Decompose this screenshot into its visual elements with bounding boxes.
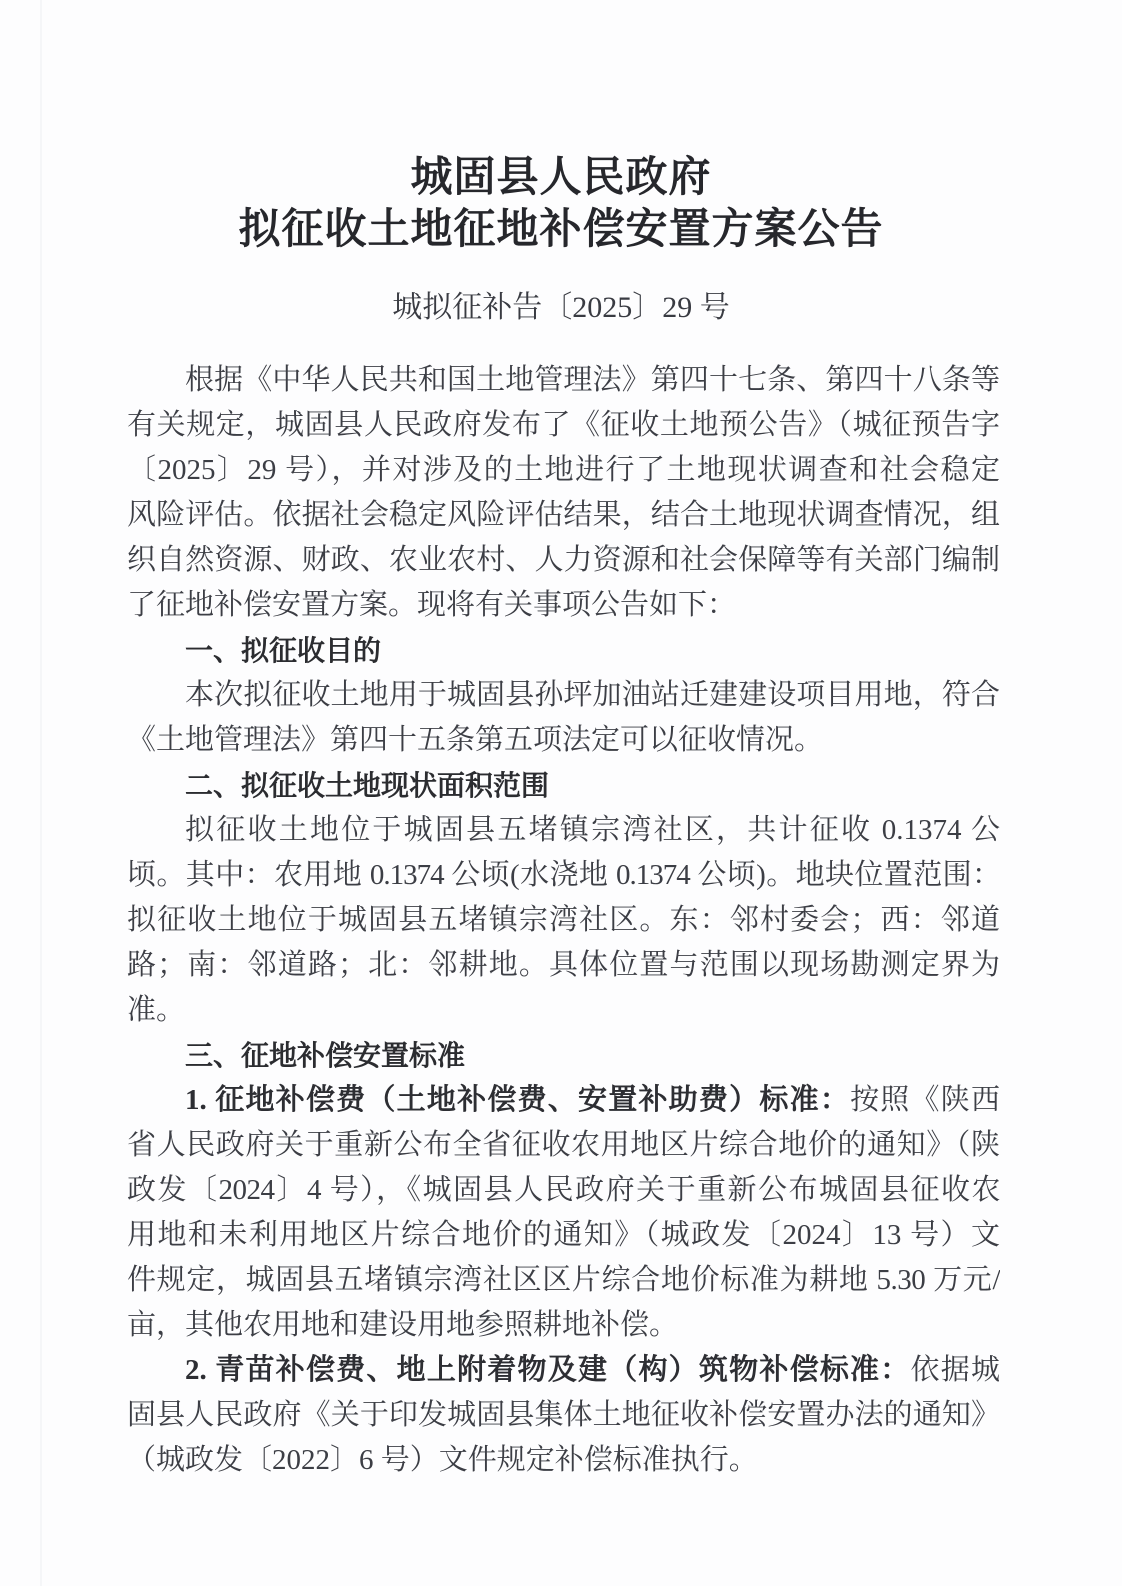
document-line: 了征地补偿安置方案。现将有关事项公告如下： — [127, 583, 1000, 628]
document-line: 织自然资源、财政、农业农村、人力资源和社会保障等有关部门编制 — [127, 538, 1000, 583]
line-text-segment: 依据城 — [911, 1354, 1000, 1386]
scanned-document-page: 城固县人民政府 拟征收土地征地补偿安置方案公告 城拟征补告〔2025〕29 号 … — [0, 0, 1122, 1586]
document-line: 〔2025〕29 号），并对涉及的土地进行了土地现状调查和社会稳定 — [127, 448, 1000, 493]
document-title-line2: 拟征收土地征地补偿安置方案公告 — [0, 204, 1122, 256]
document-line: （城政发〔2022〕6 号）文件规定补偿标准执行。 — [127, 1438, 1000, 1483]
line-text-segment: 根据《中华人民共和国土地管理法》第四十七条、第四十八条等 — [185, 364, 1000, 396]
line-text-segment: 《土地管理法》第四十五条第五项法定可以征收情况。 — [127, 724, 823, 756]
line-bold-segment: 1. 征地补偿费（土地补偿费、安置补助费）标准： — [185, 1084, 850, 1116]
document-line: 亩，其他农用地和建设用地参照耕地补偿。 — [127, 1303, 1000, 1348]
document-body: 根据《中华人民共和国土地管理法》第四十七条、第四十八条等 有关规定，城固县人民政… — [127, 358, 1000, 1483]
document-line: 用地和未利用地区片综合地价的通知》（城政发〔2024〕13 号）文 — [127, 1213, 1000, 1258]
line-text-segment: 有关规定，城固县人民政府发布了《征收土地预公告》（城征预告字 — [127, 409, 1000, 441]
line-text-segment: 按照《陕西 — [850, 1084, 1000, 1116]
document-line: 风险评估。依据社会稳定风险评估结果，结合土地现状调查情况，组 — [127, 493, 1000, 538]
document-line: 准。 — [127, 988, 1000, 1033]
section-heading-3: 三、征地补偿安置标准 — [127, 1033, 1000, 1078]
document-line: 《土地管理法》第四十五条第五项法定可以征收情况。 — [127, 718, 1000, 763]
document-line: 2. 青苗补偿费、地上附着物及建（构）筑物补偿标准：依据城 — [127, 1348, 1000, 1393]
line-text-segment: 准。 — [127, 994, 185, 1026]
line-text-segment: 本次拟征收土地用于城固县孙坪加油站迁建建设项目用地，符合 — [185, 679, 1000, 711]
line-bold-segment: 一、拟征收目的 — [185, 635, 381, 666]
line-bold-segment: 2. 青苗补偿费、地上附着物及建（构）筑物补偿标准： — [185, 1354, 911, 1386]
document-line: 固县人民政府《关于印发城固县集体土地征收补偿安置办法的通知》 — [127, 1393, 1000, 1438]
line-text-segment: （城政发〔2022〕6 号）文件规定补偿标准执行。 — [127, 1444, 758, 1476]
document-line: 本次拟征收土地用于城固县孙坪加油站迁建建设项目用地，符合 — [127, 673, 1000, 718]
line-text-segment: 了征地补偿安置方案。现将有关事项公告如下： — [127, 589, 736, 621]
line-text-segment: 政发〔2024〕4 号），《城固县人民政府关于重新公布城固县征收农 — [127, 1174, 1000, 1206]
document-number: 城拟征补告〔2025〕29 号 — [0, 288, 1122, 328]
section-heading-1: 一、拟征收目的 — [127, 628, 1000, 673]
document-line: 件规定，城固县五堵镇宗湾社区区片综合地价标准为耕地 5.30 万元/ — [127, 1258, 1000, 1303]
line-bold-segment: 二、拟征收土地现状面积范围 — [185, 770, 549, 801]
line-text-segment: 顷。其中：农用地 0.1374 公顷(水浇地 0.1374 公顷)。地块位置范围… — [127, 859, 1000, 891]
document-line: 有关规定，城固县人民政府发布了《征收土地预公告》（城征预告字 — [127, 403, 1000, 448]
line-text-segment: 路；南：邻道路；北：邻耕地。具体位置与范围以现场勘测定界为 — [127, 949, 1000, 981]
document-title: 城固县人民政府 拟征收土地征地补偿安置方案公告 — [0, 152, 1122, 256]
line-text-segment: 省人民政府关于重新公布全省征收农用地区片综合地价的通知》（陕 — [127, 1129, 1000, 1161]
line-bold-segment: 三、征地补偿安置标准 — [185, 1040, 465, 1071]
line-text-segment: 用地和未利用地区片综合地价的通知》（城政发〔2024〕13 号）文 — [127, 1219, 1000, 1251]
document-line: 路；南：邻道路；北：邻耕地。具体位置与范围以现场勘测定界为 — [127, 943, 1000, 988]
document-line: 根据《中华人民共和国土地管理法》第四十七条、第四十八条等 — [127, 358, 1000, 403]
line-text-segment: 〔2025〕29 号），并对涉及的土地进行了土地现状调查和社会稳定 — [127, 454, 1000, 486]
line-text-segment: 风险评估。依据社会稳定风险评估结果，结合土地现状调查情况，组 — [127, 499, 1000, 531]
line-text-segment: 固县人民政府《关于印发城固县集体土地征收补偿安置办法的通知》 — [127, 1399, 1000, 1431]
document-line: 省人民政府关于重新公布全省征收农用地区片综合地价的通知》（陕 — [127, 1123, 1000, 1168]
document-line: 拟征收土地位于城固县五堵镇宗湾社区，共计征收 0.1374 公 — [127, 808, 1000, 853]
document-line: 政发〔2024〕4 号），《城固县人民政府关于重新公布城固县征收农 — [127, 1168, 1000, 1213]
section-heading-2: 二、拟征收土地现状面积范围 — [127, 763, 1000, 808]
line-text-segment: 件规定，城固县五堵镇宗湾社区区片综合地价标准为耕地 5.30 万元/ — [127, 1264, 1000, 1296]
document-line: 1. 征地补偿费（土地补偿费、安置补助费）标准：按照《陕西 — [127, 1078, 1000, 1123]
document-title-line1: 城固县人民政府 — [0, 152, 1122, 204]
document-line: 顷。其中：农用地 0.1374 公顷(水浇地 0.1374 公顷)。地块位置范围… — [127, 853, 1000, 898]
line-text-segment: 拟征收土地位于城固县五堵镇宗湾社区。东：邻村委会；西：邻道 — [127, 904, 1000, 936]
document-line: 拟征收土地位于城固县五堵镇宗湾社区。东：邻村委会；西：邻道 — [127, 898, 1000, 943]
line-text-segment: 织自然资源、财政、农业农村、人力资源和社会保障等有关部门编制 — [127, 544, 1000, 576]
line-text-segment: 拟征收土地位于城固县五堵镇宗湾社区，共计征收 0.1374 公 — [185, 814, 1000, 846]
line-text-segment: 亩，其他农用地和建设用地参照耕地补偿。 — [127, 1309, 678, 1341]
